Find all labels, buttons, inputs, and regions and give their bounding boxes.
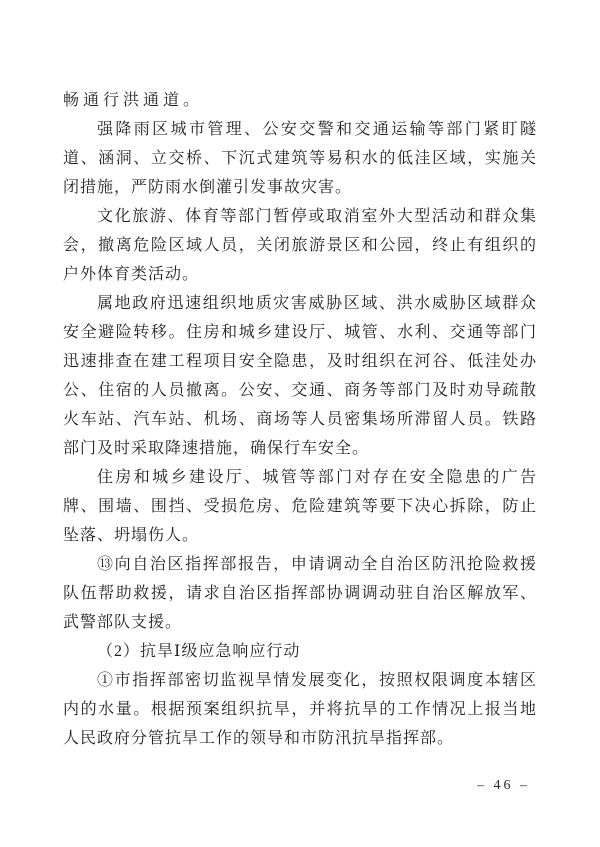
paragraph-item-1-drought-monitoring: ①市指挥部密切监视旱情发展变化，按照权限调度本辖区内的水量。根据预案组织抗旱，并… bbox=[63, 666, 537, 753]
paragraph-demolish-hazards: 住房和城乡建设厅、城管等部门对存在安全隐患的广告牌、围墙、围挡、受损危房、危险建… bbox=[63, 463, 537, 550]
paragraph-heavy-rain-closures: 强降雨区城市管理、公安交警和交通运输等部门紧盯隧道、涵洞、立交桥、下沉式建筑等易… bbox=[63, 115, 537, 202]
page-number: – 46 – bbox=[477, 778, 530, 794]
paragraph-evacuation-transfer: 属地政府迅速组织地质灾害威胁区域、洪水威胁区域群众安全避险转移。住房和城乡建设厅… bbox=[63, 289, 537, 463]
paragraph-drought-level1-heading: （2）抗旱Ⅰ级应急响应行动 bbox=[63, 637, 537, 666]
paragraph-cancel-outdoor-events: 文化旅游、体育等部门暂停或取消室外大型活动和群众集会，撤离危险区域人员，关闭旅游… bbox=[63, 202, 537, 289]
paragraph-item-13-request-support: ⑬向自治区指挥部报告，申请调动全自治区防汛抢险救援队伍帮助救援，请求自治区指挥部… bbox=[63, 550, 537, 637]
paragraph-flood-channel: 畅通行洪通道。 bbox=[63, 86, 537, 115]
document-page: 畅通行洪通道。 强降雨区城市管理、公安交警和交通运输等部门紧盯隧道、涵洞、立交桥… bbox=[0, 0, 600, 847]
document-body: 畅通行洪通道。 强降雨区城市管理、公安交警和交通运输等部门紧盯隧道、涵洞、立交桥… bbox=[63, 86, 537, 753]
